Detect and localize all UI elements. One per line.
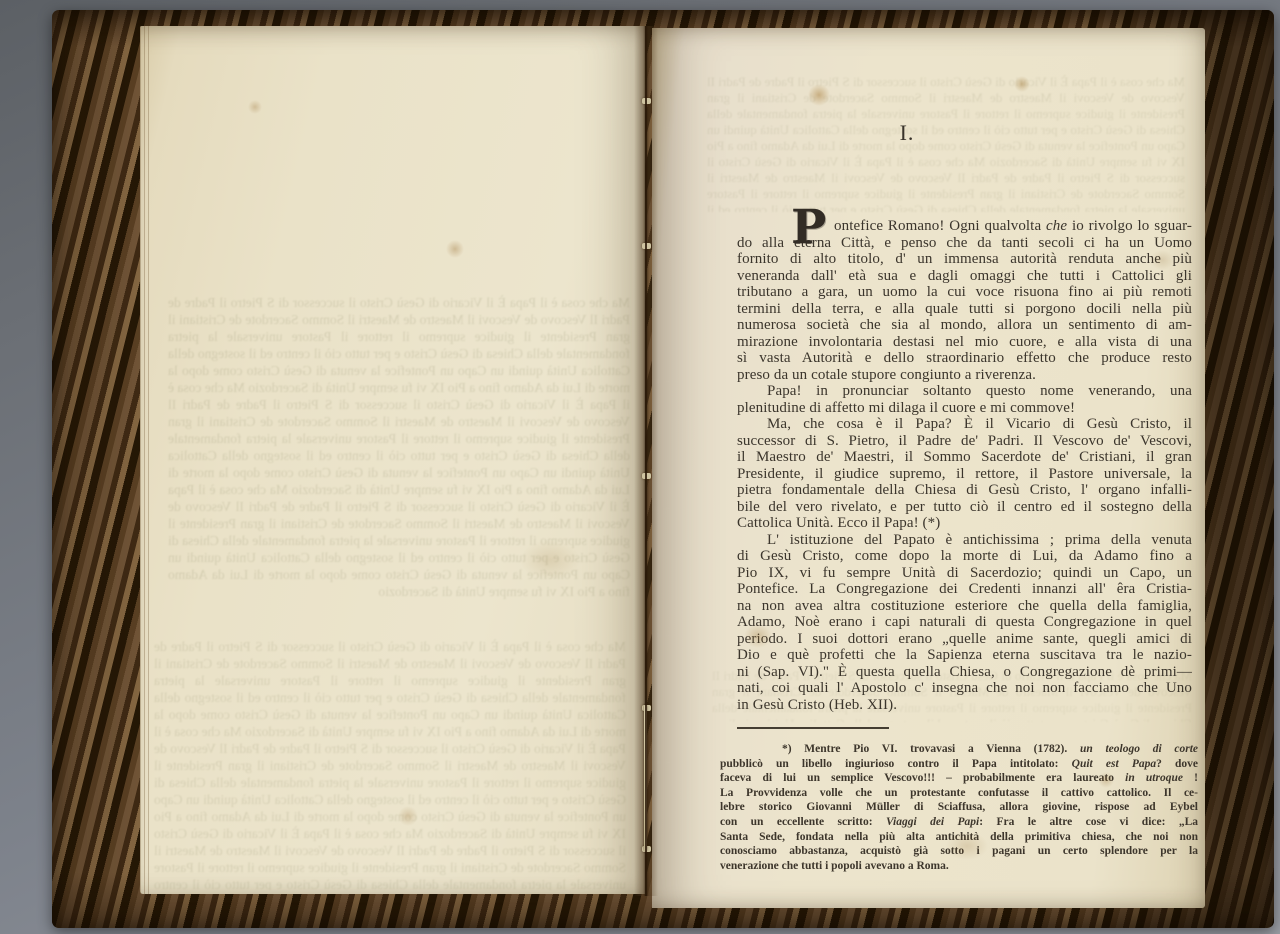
text-line: il Maestro de' Maestri, il Sommo Sacerdo… [737,449,1192,466]
body-text: P ontefice Romano! Ogni qualvolta che io… [737,218,1192,713]
footnote-line: *) Mentre Pio VI. trovavasi a Vienna (17… [720,742,1198,757]
paragraph: L' istituzione del Papato è antichissima… [737,532,1192,714]
footnote-line: con un eccellente scritto: Viaggi dei Pa… [720,815,1198,830]
text-line: veneranda dall' età sua e dagli omaggi c… [737,268,1192,285]
text-line: termini della terra, e alla quale tutti … [737,301,1192,318]
text-line: Adamo, Noè erano i capi naturali di ques… [737,614,1192,631]
text-line: plenitudine di affetto mi dilaga il cuor… [737,400,1192,417]
drop-cap-initial: P [791,204,826,251]
footnote-line: faceva di lui un semplice Vescovo!!! – p… [720,771,1198,786]
text-line: Dio e què profetti che la Sapienza etern… [737,647,1192,664]
text-line: ni (Sap. VI)." È questa quella Chiesa, o… [737,664,1192,681]
text-line: Cattolica Unità. Ecco il Papa! (*) [737,515,1192,532]
left-page: Ma che cosa è il Papa È il Vicario di Ge… [140,26,645,894]
text-line: periodo. I suoi dottori erano „quelle an… [737,631,1192,648]
footnote-separator [737,727,889,729]
text-line: in Gesù Cristo (Heb. XII). [737,697,1192,714]
paragraph: Papa! in pronunciar soltanto questo nome… [737,383,1192,416]
footnote-line: La Provvidenza volle che un protestante … [720,786,1198,801]
text-line: nati, coi quali l' Apostolo c' insegna c… [737,680,1192,697]
text-line: sì vasta Autorità e dello straordinario … [737,350,1192,367]
footnote-line: Santa Sede, fondata nella più alta antic… [720,830,1198,845]
footnote-line: lebre storico Giovanni Müller di Sciaffu… [720,800,1198,815]
footnote-line: venerazione che tutti i popoli avevano a… [720,859,1198,874]
bleedthrough-text-block: Ma che cosa è il Papa È il Vicario di Ge… [168,294,630,626]
chapter-heading: I. [737,120,1077,146]
text-line: di Gesù Cristo, come dopo la morte di Lu… [737,548,1192,565]
text-line: Papa! in pronunciar soltanto questo nome… [737,383,1192,400]
text-line: pietra fondamentale della Chiesa di Gesù… [737,482,1192,499]
text-line: L' istituzione del Papato è antichissima… [737,532,1192,549]
text-line: Presidente, il giudice supremo, il retto… [737,466,1192,483]
book-scan-scene: Ma che cosa è il Papa È il Vicario di Ge… [0,0,1280,934]
text-line: preso da un cotale stupore congiunto a r… [737,367,1192,384]
text-line: successor di S. Pietro, il Padre de' Pad… [737,433,1192,450]
text-line: Ma, che cosa è il Papa? È il Vicario di … [737,416,1192,433]
paragraph: P ontefice Romano! Ogni qualvolta che io… [737,218,1192,383]
bleedthrough-text-block: Ma che cosa è il Papa È il Vicario di Ge… [154,638,626,890]
paragraph: Ma, che cosa è il Papa? È il Vicario di … [737,416,1192,532]
footnote: *) Mentre Pio VI. trovavasi a Vienna (17… [720,742,1198,873]
text-line: Pontefice. La Congregazione dei Credenti… [737,581,1192,598]
text-line: mirazione involontaria destasi nel mio c… [737,334,1192,351]
text-line: na non avea altra costituzione esteriore… [737,598,1192,615]
text-line: Pio IX, vi fu sempre Unità di Sacerdozio… [737,565,1192,582]
right-page: Ma che cosa è il Papa È il Vicario di Ge… [652,28,1205,908]
text-line: bile del vero rivelato, e per tutto ciò … [737,499,1192,516]
footnote-line: conosciamo abbastanza, acquistò già sott… [720,844,1198,859]
text-line: numerosa società che sia al mondo, allor… [737,317,1192,334]
text-line: tributano a gara, un uomo la cui voce ri… [737,284,1192,301]
footnote-line: pubblicò un libello ingiurioso contro il… [720,757,1198,772]
